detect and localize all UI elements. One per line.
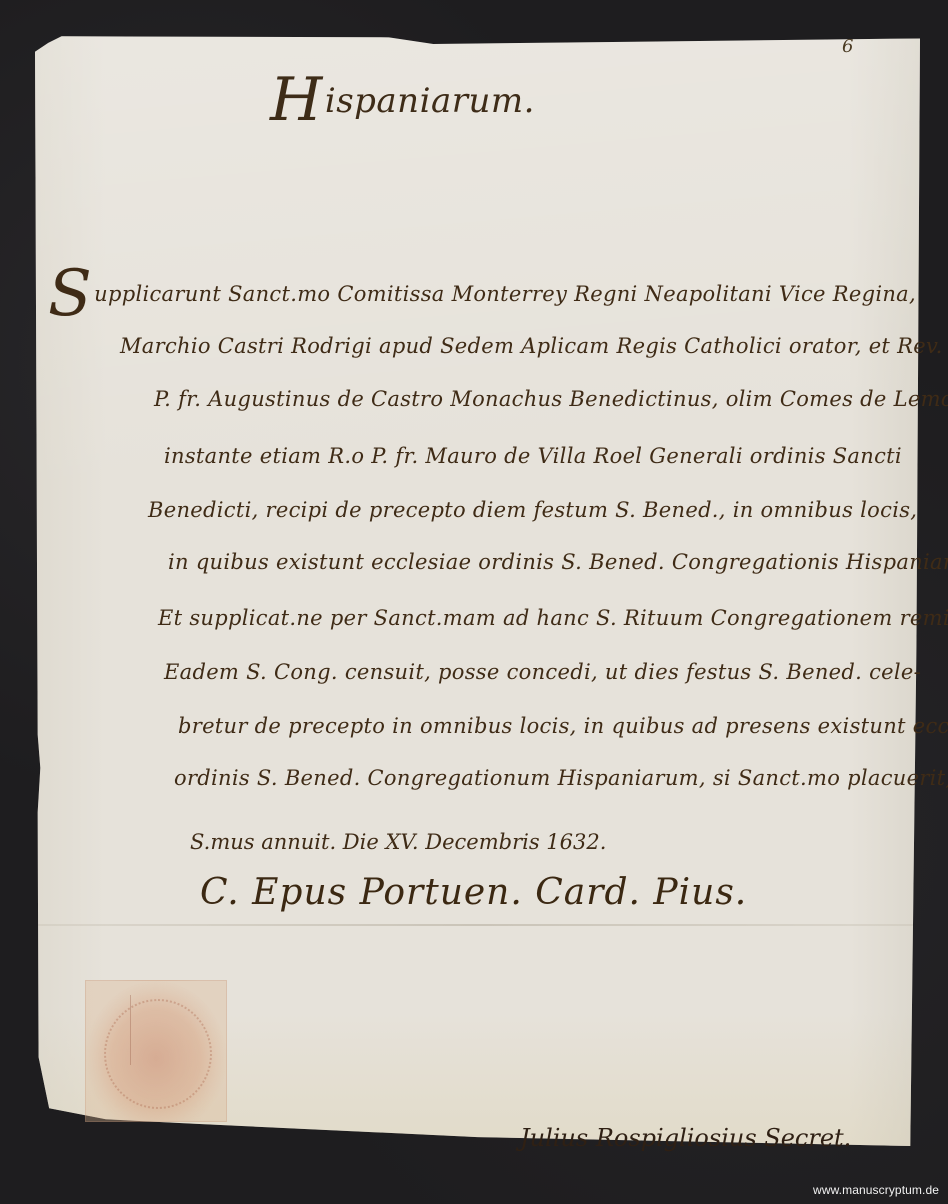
- watermark-text: www.manuscryptum.de: [813, 1183, 939, 1197]
- approval-date-line: S.mus annuit. Die XV. Decembris 1632.: [190, 830, 606, 854]
- text-line-9: bretur de precepto in omnibus locis, in …: [178, 714, 948, 738]
- heading-rest: ispaniarum.: [325, 81, 535, 121]
- heading-initial: H: [270, 65, 323, 135]
- folio-number: 6: [842, 36, 853, 57]
- text-line-8: Eadem S. Cong. censuit, posse concedi, u…: [164, 660, 921, 684]
- text-line-2: Marchio Castri Rodrigi apud Sedem Aplica…: [120, 334, 943, 358]
- manuscript-photo: 6 Hispaniarum. Supplicarunt Sanct.mo Com…: [0, 0, 948, 1204]
- text-line-10: ordinis S. Bened. Congregationum Hispani…: [174, 766, 948, 790]
- line-initial: S: [48, 257, 92, 331]
- text-line-1: Supplicarunt Sanct.mo Comitissa Monterre…: [48, 262, 916, 326]
- cardinal-signature: C. Epus Portuen. Card. Pius.: [200, 872, 747, 913]
- paper-fold-line: [35, 924, 920, 926]
- line-text: upplicarunt Sanct.mo Comitissa Monterrey…: [94, 282, 916, 306]
- text-line-6: in quibus existunt ecclesiae ordinis S. …: [168, 550, 948, 574]
- secretary-signature: Julius Rospigliosius Secret.: [520, 1124, 851, 1152]
- text-line-4: instante etiam R.o P. fr. Mauro de Villa…: [164, 444, 902, 468]
- text-line-5: Benedicti, recipi de precepto diem festu…: [148, 498, 917, 522]
- text-line-3: P. fr. Augustinus de Castro Monachus Ben…: [154, 387, 948, 411]
- document-heading: Hispaniarum.: [270, 70, 535, 130]
- seal-stamp: [85, 980, 227, 1122]
- text-line-7: Et supplicat.ne per Sanct.mam ad hanc S.…: [158, 606, 948, 630]
